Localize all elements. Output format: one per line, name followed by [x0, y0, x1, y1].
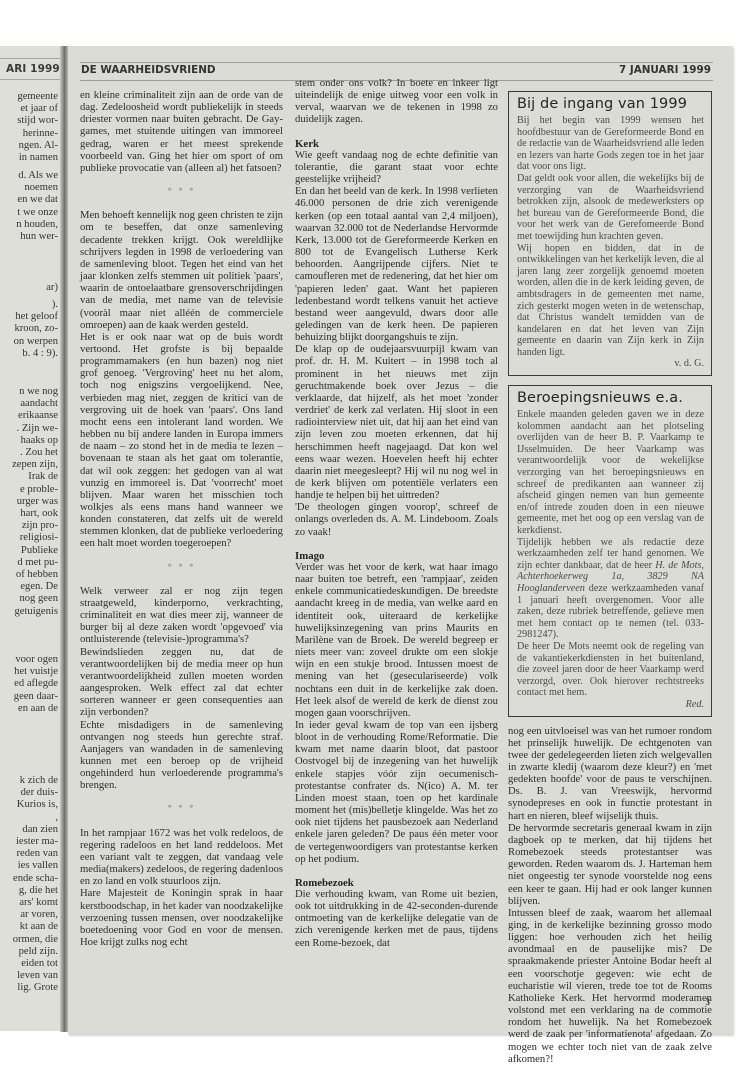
signature: Red.	[517, 699, 704, 711]
left-header-bottom-rule	[0, 79, 60, 80]
paragraph: De hervormde secretaris generaal kwam in…	[508, 823, 712, 908]
text-line: b. 4 : 9).	[0, 348, 58, 360]
left-page-fragment: ARI 1999 gemeente et jaar of stijd wor- …	[0, 46, 60, 1031]
scanned-spread: ARI 1999 gemeente et jaar of stijd wor- …	[0, 46, 735, 1032]
paragraph: De klap op de oudejaarsvuurpijl kwam van…	[295, 344, 498, 502]
paragraph: en kleine criminaliteit zijn aan de orde…	[80, 90, 283, 175]
paragraph: Het is er ook naar wat op de buis wordt …	[80, 332, 283, 551]
header-top-rule	[80, 62, 713, 63]
left-text-block-7: k zich de der duis- Kurios is, , dan zie…	[0, 775, 58, 995]
text-line: in namen	[0, 152, 58, 164]
text-line: . Zijn we-	[0, 423, 58, 435]
column-3: Bij de ingang van 1999 Bij het begin van…	[508, 91, 712, 1066]
text-line: Publieke	[0, 545, 58, 557]
text-line: ar)	[0, 282, 58, 294]
paragraph: Verder was het voor de kerk, wat haar im…	[295, 562, 498, 720]
paragraph: Men behoeft kennelijk nog geen christen …	[80, 210, 283, 332]
box-title: Beroepingsnieuws e.a.	[517, 390, 704, 407]
text-line: kt aan de	[0, 921, 58, 933]
text-line: ormen, die	[0, 934, 58, 946]
paragraph: Enkele maanden geleden gaven we in deze …	[517, 409, 704, 537]
page-gutter-shadow	[60, 46, 68, 1032]
text-line: n houden,	[0, 219, 58, 231]
column-3-body: nog een uitvloeisel was van het rumoer r…	[508, 726, 712, 1066]
paragraph: Tijdelijk hebben we als redactie deze we…	[517, 537, 704, 641]
text-line: hart, ook	[0, 508, 58, 520]
text-line: ar voren,	[0, 909, 58, 921]
text-line: ed aflegde	[0, 678, 58, 690]
paragraph: 'De theologen gingen voorop', schreef de…	[295, 502, 498, 538]
text-line: ende scha-	[0, 873, 58, 885]
paragraph: Bewindslieden zeggen nu, dat de verantwo…	[80, 647, 283, 720]
text-line: urger was	[0, 496, 58, 508]
paragraph: En dan het beeld van de kerk. In 1998 ve…	[295, 186, 498, 344]
text-line: n we nog	[0, 386, 58, 398]
text-line: reden van	[0, 848, 58, 860]
text-line: ies vallen	[0, 860, 58, 872]
text-line: haaks op	[0, 435, 58, 447]
text-line: erikaanse	[0, 410, 58, 422]
notice-box-new-year: Bij de ingang van 1999 Bij het begin van…	[508, 91, 712, 376]
text-line: nog geen	[0, 593, 58, 605]
paragraph: Intussen bleef de zaak, waarom het allem…	[508, 908, 712, 1066]
signature: v. d. G.	[517, 358, 704, 370]
text-line: herinne-	[0, 128, 58, 140]
subheading-kerk: Kerk	[295, 138, 498, 150]
text-line: en aan de	[0, 703, 58, 715]
text-line: t we onze	[0, 207, 58, 219]
text-line: noemen	[0, 182, 58, 194]
subheading-romebezoek: Romebezoek	[295, 877, 498, 889]
paragraph: In het rampjaar 1672 was het volk redelo…	[80, 828, 283, 889]
text-line: d met pu-	[0, 557, 58, 569]
paragraph: stem onder ons volk? In boete en inkeer …	[295, 78, 498, 127]
text-line: het vuistje	[0, 666, 58, 678]
column-1: en kleine criminaliteit zijn aan de orde…	[80, 90, 283, 949]
text-line: lig. Grote	[0, 982, 58, 994]
text-line: zijn pro-	[0, 520, 58, 532]
text-line: of hebben	[0, 569, 58, 581]
left-page-header-fragment: ARI 1999	[6, 63, 60, 75]
paragraph: Echte misdadigers in de samenleving ontv…	[80, 720, 283, 793]
left-text-block-4: ). het geloof kroon, zo- on werpen b. 4 …	[0, 299, 58, 360]
text-line: aandacht	[0, 398, 58, 410]
main-page: DE WAARHEIDSVRIEND 7 JANUARI 1999 en kle…	[68, 46, 733, 1034]
paragraph: De heer De Mots neemt ook de regeling va…	[517, 641, 704, 699]
text-line: ).	[0, 299, 58, 311]
left-text-block-1: gemeente et jaar of stijd wor- herinne- …	[0, 91, 58, 164]
text-line: hun wer-	[0, 231, 58, 243]
text-line: peld zijn.	[0, 946, 58, 958]
paragraph: Wij hopen en bidden, dat in de ontwikkel…	[517, 243, 704, 359]
text-line: et jaar of	[0, 103, 58, 115]
left-text-block-5: n we nog aandacht erikaanse . Zijn we- h…	[0, 386, 58, 618]
left-header-top-rule	[0, 58, 60, 59]
text-line: getuigenis	[0, 606, 58, 618]
text-line: Irak de	[0, 471, 58, 483]
text-line: g, die het	[0, 885, 58, 897]
signature-text: Red.	[686, 699, 704, 710]
left-text-block-6: voor ogen het vuistje ed aflegde geen da…	[0, 654, 58, 715]
paragraph: Dat geldt ook voor allen, die wekelijks …	[517, 173, 704, 243]
paragraph: Hare Majesteit de Koningin sprak in haar…	[80, 888, 283, 949]
text-line: e proble-	[0, 484, 58, 496]
text-line: d. Als we	[0, 170, 58, 182]
paragraph: Welk verweer zal er nog zijn tegen straa…	[80, 586, 283, 647]
left-text-block-3: ar)	[0, 282, 58, 294]
box-title: Bij de ingang van 1999	[517, 96, 704, 113]
text-line: stijd wor-	[0, 115, 58, 127]
text-line: ,	[0, 812, 58, 824]
text-line: ars' komt	[0, 897, 58, 909]
text-line: kroon, zo-	[0, 323, 58, 335]
left-text-block-2: d. Als we noemen en we dat t we onze n h…	[0, 170, 58, 243]
text-line: der duis-	[0, 787, 58, 799]
text-line: voor ogen	[0, 654, 58, 666]
paragraph: Bij het begin van 1999 wensen het hoofdb…	[517, 115, 704, 173]
text-line: gemeente	[0, 91, 58, 103]
text-line: leven van	[0, 970, 58, 982]
text-line: zepen zijn,	[0, 459, 58, 471]
section-separator: * * *	[80, 802, 283, 814]
publication-title: DE WAARHEIDSVRIEND	[81, 64, 216, 76]
text-line: ngen. Al-	[0, 140, 58, 152]
section-separator: * * *	[80, 185, 283, 197]
section-separator: * * *	[80, 561, 283, 573]
column-2: stem onder ons volk? In boete en inkeer …	[295, 78, 498, 950]
subheading-imago: Imago	[295, 550, 498, 562]
text-line: het geloof	[0, 311, 58, 323]
text-line: en we dat	[0, 194, 58, 206]
notice-box-beroepingsnieuws: Beroepingsnieuws e.a. Enkele maanden gel…	[508, 385, 712, 716]
paragraph: nog een uitvloeisel was van het rumoer r…	[508, 726, 712, 823]
text-line: iester ma-	[0, 836, 58, 848]
paragraph: In ieder geval kwam de top van een ijsbe…	[295, 720, 498, 866]
text-line: dan zien	[0, 824, 58, 836]
text-line: egen. De	[0, 581, 58, 593]
text-line: eiden tot	[0, 958, 58, 970]
text-line: on werpen	[0, 336, 58, 348]
page-number: 3	[706, 997, 711, 1007]
paragraph: Die verhouding kwam, van Rome uit bezien…	[295, 889, 498, 950]
text-line: geen daar-	[0, 691, 58, 703]
text-line: religiosi-	[0, 532, 58, 544]
issue-date: 7 JANUARI 1999	[619, 64, 711, 76]
text-line: Kurios is,	[0, 799, 58, 811]
text-line: . Zou het	[0, 447, 58, 459]
paragraph: Wie geeft vandaag nog de echte definitie…	[295, 150, 498, 186]
text-line: k zich de	[0, 775, 58, 787]
